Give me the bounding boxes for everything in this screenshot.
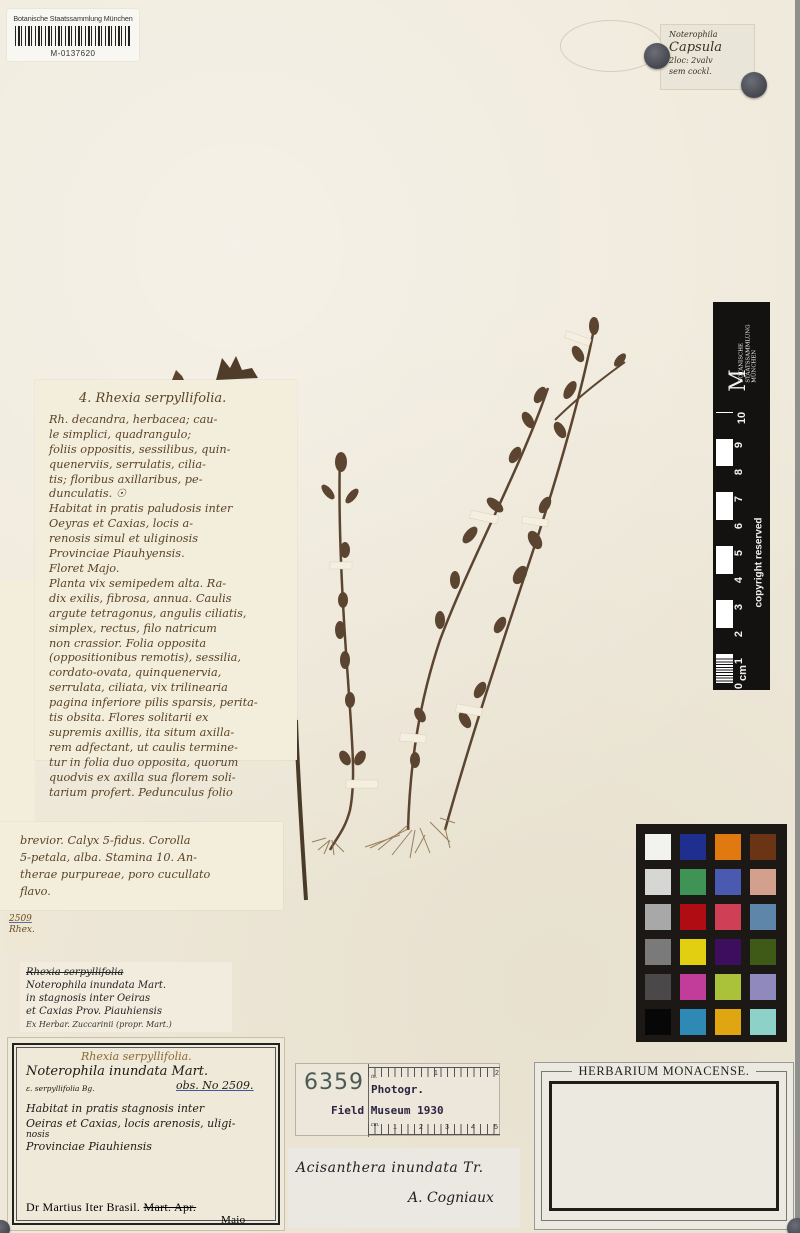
note-line: 2loc: 2valv [669, 55, 746, 66]
number-label: 2509 Rhex. [5, 912, 47, 950]
tick-label: 3 [733, 604, 745, 610]
sheet-edge [795, 0, 800, 1233]
color-swatch [715, 939, 741, 965]
tick-label: 10 [736, 412, 748, 424]
pin-icon [741, 72, 767, 98]
description-line: cordato-ovata, quinquenervia, [49, 666, 289, 681]
color-swatch [680, 974, 706, 1000]
note-line: Capsula [669, 40, 746, 55]
note-line: sem cockl. [669, 66, 746, 77]
color-swatch [645, 1009, 671, 1035]
tick-label: 1 [733, 658, 745, 664]
tick-label: 4 [733, 577, 745, 583]
description-continuation: brevior. Calyx 5-fidus. Corolla5-petala,… [0, 822, 283, 910]
tick-label: 0 [733, 683, 745, 689]
tick-label: 8 [733, 469, 745, 475]
description-line: simplex, rectus, filo natricum [49, 622, 289, 637]
barcode-icon [15, 26, 131, 46]
description-text: Rh. decandra, herbacea; cau-le simplici,… [49, 413, 289, 801]
cm-ruler [716, 412, 733, 684]
tick-label: 9 [733, 442, 745, 448]
color-swatch [715, 974, 741, 1000]
description-line: tur in folia duo opposita, quorum [49, 756, 289, 771]
collection-number: 2509 [9, 914, 43, 925]
obs-text: obs. No 2509. [176, 1079, 254, 1092]
color-swatch [750, 904, 776, 930]
herbarium-title: HERBARIUM MONACENSE. [535, 1064, 793, 1079]
cm-tick: 1 [393, 1124, 397, 1131]
continuation-line: therae purpureae, poro cucullato [20, 866, 273, 883]
inch-tick: 2 [495, 1070, 499, 1077]
herbarium-title-text: HERBARIUM MONACENSE. [572, 1064, 755, 1078]
cm-tick: 2 [419, 1124, 423, 1131]
description-line: tis; floribus axillaribus, pe- [49, 473, 289, 488]
cm-label: cm. [371, 1122, 380, 1128]
description-line: tarium profert. Pedunculus folio [49, 786, 289, 801]
struck-name: Rhexia serpyllifolia [26, 966, 226, 979]
cm-tick: 4 [471, 1124, 475, 1131]
description-line: quodvis ex axilla sua florem soli- [49, 771, 289, 786]
pin-icon [644, 43, 670, 69]
note-line: Noterophila [669, 29, 746, 40]
photo-number: 6359 [304, 1070, 364, 1095]
habitat-line: Oeiras et Caxias, locis arenosis, uligi- [26, 1117, 270, 1132]
museum-stamp: Field Museum 1930 [331, 1104, 444, 1117]
description-line: rem adfectant, ut caulis termine- [49, 741, 289, 756]
color-swatch [750, 1009, 776, 1035]
color-swatch [680, 939, 706, 965]
color-swatch [750, 834, 776, 860]
label-line: Noterophila inundata Mart. [26, 979, 226, 992]
barcode-number: M-0137620 [7, 49, 139, 58]
photogr-stamp: Photogr. [371, 1083, 424, 1096]
habitat-line: Habitat in pratis stagnosis inter [26, 1102, 270, 1117]
locality-label: Rhexia serpyllifolia Noterophila inundat… [20, 962, 232, 1032]
cm-tick: 3 [445, 1124, 449, 1131]
continuation-text: brevior. Calyx 5-fidus. Corolla5-petala,… [20, 832, 273, 900]
collection-month: Maio [221, 1215, 245, 1225]
barcode-label: Botanische Staatssammlung München M-0137… [7, 9, 139, 61]
label-line: et Caxias Prov. Piauhiensis [26, 1005, 226, 1018]
inch-tick: 1 [434, 1070, 438, 1077]
color-swatch [645, 834, 671, 860]
color-swatch [645, 939, 671, 965]
description-line: Habitat in pratis paludosis inter [49, 502, 289, 517]
continuation-line: 5-petala, alba. Stamina 10. An- [20, 849, 273, 866]
description-line: foliis oppositis, sessilibus, quin- [49, 443, 289, 458]
description-line: tis obsita. Flores solitarii ex [49, 711, 289, 726]
habitat-line: Provinciae Piauhiensis [26, 1140, 270, 1155]
cm-ruler-small [368, 1124, 500, 1134]
pin-icon [787, 1218, 800, 1233]
description-line: non crassior. Folia opposita [49, 637, 289, 652]
description-line: (oppositionibus remotis), sessilia, [49, 651, 289, 666]
description-line: dunculatis. ☉ [49, 487, 289, 502]
logo-line: MÜNCHEN [751, 293, 758, 383]
collector-line: Dr Martius Iter Brasil. Mart. Apr. Maio [26, 1200, 245, 1225]
tick-label: 5 [733, 550, 745, 556]
institution-name: Botanische Staatssammlung München [7, 14, 139, 23]
color-swatch [645, 869, 671, 895]
color-swatch [645, 974, 671, 1000]
habitat-text: Habitat in pratis stagnosis inter Oeiras… [26, 1102, 270, 1155]
color-calibration-chart [636, 824, 787, 1042]
struck-date: Mart. Apr. [144, 1200, 197, 1214]
collector: Dr Martius Iter Brasil. [26, 1200, 140, 1214]
color-swatch [715, 869, 741, 895]
copyright-notice: copyright reserved [749, 482, 769, 682]
taxon-name: Noterophila inundata Mart. [26, 1065, 270, 1080]
color-swatch [750, 939, 776, 965]
description-line: le simplici, quadrangulo; [49, 428, 289, 443]
description-line: Floret Majo. [49, 562, 289, 577]
color-swatch [750, 869, 776, 895]
description-line: supremis axillis, ita situm axilla- [49, 726, 289, 741]
description-line: renosis simul et uliginosis [49, 532, 289, 547]
cm-tick: 5 [494, 1124, 498, 1131]
determined-name: Acisanthera inundata Tr. [296, 1160, 484, 1176]
cm-unit-label: cm [737, 665, 749, 681]
bsm-logo: M BOTANISCHE STAATSSAMMLUNG MÜNCHEN [733, 308, 767, 408]
description-line: Planta vix semipedem alta. Ra- [49, 577, 289, 592]
scale-bar: M BOTANISCHE STAATSSAMMLUNG MÜNCHEN 10 9… [713, 302, 770, 690]
inch-label: in. [371, 1074, 377, 1080]
habitat-line: nosis [26, 1131, 270, 1140]
label-backing [0, 580, 35, 822]
tick-label: 6 [733, 523, 745, 529]
color-swatch [680, 904, 706, 930]
color-swatch [680, 834, 706, 860]
description-line: quenerviis, serrulatis, cilia- [49, 458, 289, 473]
copyright-text: copyright reserved [754, 468, 765, 608]
continuation-line: brevior. Calyx 5-fidus. Corolla [20, 832, 273, 849]
label-title: 4. Rhexia serpyllifolia. [79, 392, 289, 407]
old-name: Rhexia serpyllifolia. [81, 1050, 270, 1065]
genus-abbrev: Rhex. [9, 925, 43, 936]
description-line: Provinciae Piauhyensis. [49, 547, 289, 562]
determiner: A. Cogniaux [408, 1190, 494, 1206]
field-museum-label: 6359 in. 1 2 Photogr. Field Museum 1930 … [295, 1063, 500, 1136]
color-swatch [750, 974, 776, 1000]
description-line: Rh. decandra, herbacea; cau- [49, 413, 289, 428]
tick-label: 2 [733, 631, 745, 637]
determination-label: Acisanthera inundata Tr. A. Cogniaux [288, 1148, 520, 1228]
color-swatch [680, 869, 706, 895]
color-swatch [680, 1009, 706, 1035]
color-swatch [715, 904, 741, 930]
martius-label: Rhexia serpyllifolia. Noterophila inunda… [7, 1037, 285, 1231]
scale-tick-labels: 10 9 8 7 6 5 4 3 2 1 0 [735, 412, 749, 690]
description-line: Oeyras et Caxias, locis a- [49, 517, 289, 532]
description-line: argute tetragonus, angulis ciliatis, [49, 607, 289, 622]
label-line: in stagnosis inter Oeiras [26, 992, 226, 1005]
label-inner-frame [549, 1081, 779, 1211]
description-line: dix exilis, fibrosa, annua. Caulis [49, 592, 289, 607]
description-label: 4. Rhexia serpyllifolia. Rh. decandra, h… [35, 380, 297, 760]
herbarium-monacense-label: HERBARIUM MONACENSE. [534, 1062, 794, 1230]
color-swatch [645, 904, 671, 930]
description-line: serrulata, ciliata, vix trilinearia [49, 681, 289, 696]
description-line: pagina inferiore pilis sparsis, perita- [49, 696, 289, 711]
herbarium-footnote: Ex Herbar. Zuccarinii (propr. Mart.) [26, 1018, 226, 1031]
color-swatch [715, 1009, 741, 1035]
color-swatch [715, 834, 741, 860]
continuation-line: flavo. [20, 883, 273, 900]
tick-label: 7 [733, 496, 745, 502]
logo-institution: BOTANISCHE STAATSSAMMLUNG MÜNCHEN [738, 293, 758, 383]
